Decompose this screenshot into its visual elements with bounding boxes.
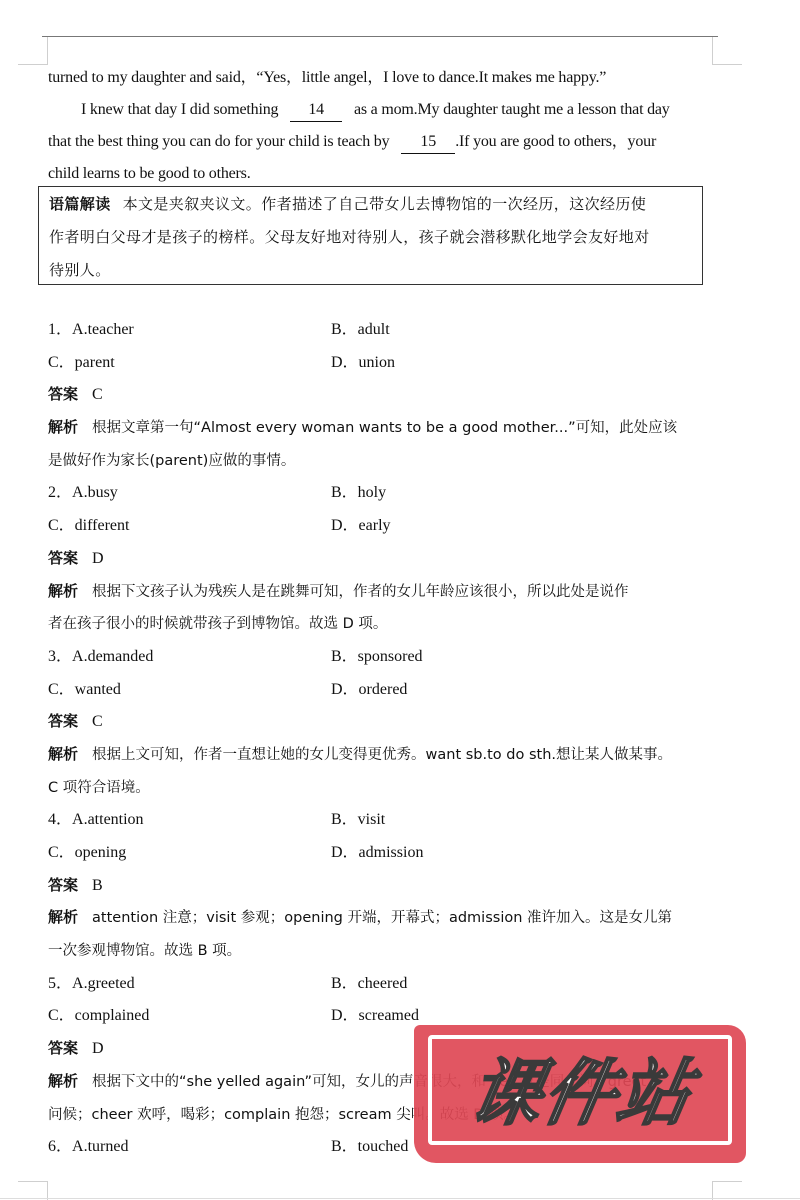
option-b: B．holy bbox=[331, 476, 386, 509]
header-rule bbox=[42, 36, 718, 37]
question-3: 3．A.demanded B．sponsored C．wanted D．orde… bbox=[48, 640, 728, 803]
analysis-row: 者在孩子很小的时候就带孩子到博物馆。故选 D 项。 bbox=[48, 607, 728, 640]
analysis-text: 问候；cheer 欢呼，喝彩；complain 抱怨；scream 尖叫。故选 … bbox=[48, 1107, 518, 1123]
page-bottom-edge bbox=[0, 1198, 800, 1199]
answer-value: B bbox=[92, 877, 103, 894]
question-6: 6．A.turned B．touched bbox=[48, 1130, 728, 1163]
option-a: 4．A.attention bbox=[48, 803, 144, 836]
analysis-text: C 项符合语境。 bbox=[48, 780, 150, 796]
passage-text: I knew that day I did something bbox=[81, 101, 278, 118]
passage-line: I knew that day I did something 14 as a … bbox=[48, 94, 716, 126]
passage-text: that the best thing you can do for your … bbox=[48, 133, 389, 150]
passage-line: that the best thing you can do for your … bbox=[48, 126, 716, 158]
option-a-text: A.greeted bbox=[72, 975, 135, 992]
question-number: 3． bbox=[48, 648, 72, 665]
passage-text: as a mom.My daughter taught me a lesson … bbox=[354, 101, 670, 118]
analysis-label: 解析 bbox=[48, 908, 78, 926]
option-a-text: A.attention bbox=[72, 811, 144, 828]
question-number: 6． bbox=[48, 1138, 72, 1155]
analysis-row: 解析根据文章第一句“Almost every woman wants to be… bbox=[48, 411, 728, 444]
reading-label: 语篇解读 bbox=[49, 195, 111, 213]
answer-value: C bbox=[92, 386, 103, 403]
option-a: 5．A.greeted bbox=[48, 967, 135, 1000]
option-a-text: A.turned bbox=[72, 1138, 128, 1155]
question-number: 1． bbox=[48, 321, 72, 338]
question-2: 2．A.busy B．holy C．different D．early 答案D … bbox=[48, 476, 728, 639]
answer-value: D bbox=[92, 1040, 104, 1057]
option-d: D．screamed bbox=[331, 999, 419, 1032]
analysis-row: 解析attention 注意；visit 参观；opening 开端，开幕式；a… bbox=[48, 901, 728, 934]
question-5: 5．A.greeted B．cheered C．complained D．scr… bbox=[48, 967, 728, 1130]
answer-label: 答案 bbox=[48, 712, 78, 730]
option-b: B．visit bbox=[331, 803, 385, 836]
answer-value: D bbox=[92, 550, 104, 567]
blank-15: 15 bbox=[401, 131, 455, 154]
option-c: C．parent bbox=[48, 346, 115, 379]
option-d: D．admission bbox=[331, 836, 423, 869]
blank-14: 14 bbox=[290, 99, 342, 122]
answer-row: 答案C bbox=[48, 378, 728, 411]
answer-value: C bbox=[92, 713, 103, 730]
analysis-text: 根据下文中的“she yelled again”可知，女儿的声音很大，和 yel… bbox=[92, 1074, 646, 1090]
option-b: B．adult bbox=[331, 313, 390, 346]
analysis-label: 解析 bbox=[48, 745, 78, 763]
analysis-text: 是做好作为家长(parent)应做的事情。 bbox=[48, 453, 295, 469]
question-number: 5． bbox=[48, 975, 72, 992]
reading-line: 待别人。 bbox=[49, 254, 692, 287]
corner-mark-top-left bbox=[18, 37, 48, 65]
analysis-text: 者在孩子很小的时候就带孩子到博物馆。故选 D 项。 bbox=[48, 616, 387, 632]
document-page: turned to my daughter and said，“Yes，litt… bbox=[0, 0, 800, 1200]
question-list: 1．A.teacher B．adult C．parent D．union 答案C… bbox=[48, 313, 728, 1163]
answer-label: 答案 bbox=[48, 385, 78, 403]
option-d: D．ordered bbox=[331, 673, 407, 706]
option-row: C．parent D．union bbox=[48, 346, 728, 379]
option-a: 1．A.teacher bbox=[48, 313, 134, 346]
analysis-label: 解析 bbox=[48, 582, 78, 600]
option-c: C．wanted bbox=[48, 673, 121, 706]
option-row: 6．A.turned B．touched bbox=[48, 1130, 728, 1163]
reading-line: 作者明白父母才是孩子的榜样。父母友好地对待别人，孩子就会潜移默化地学会友好地对 bbox=[49, 221, 692, 254]
option-row: C．complained D．screamed bbox=[48, 999, 728, 1032]
reading-line: 语篇解读本文是夹叙夹议文。作者描述了自己带女儿去博物馆的一次经历，这次经历使 bbox=[49, 188, 692, 221]
answer-row: 答案B bbox=[48, 869, 728, 902]
analysis-label: 解析 bbox=[48, 1072, 78, 1090]
option-c: C．opening bbox=[48, 836, 126, 869]
analysis-text: 根据文章第一句“Almost every woman wants to be a… bbox=[92, 420, 677, 436]
analysis-row: 解析根据下文孩子认为残疾人是在跳舞可知，作者的女儿年龄应该很小，所以此处是说作 bbox=[48, 575, 728, 608]
option-a-text: A.demanded bbox=[72, 648, 153, 665]
answer-row: 答案C bbox=[48, 705, 728, 738]
option-a: 2．A.busy bbox=[48, 476, 118, 509]
option-row: 1．A.teacher B．adult bbox=[48, 313, 728, 346]
option-a: 6．A.turned bbox=[48, 1130, 128, 1163]
option-b: B．sponsored bbox=[331, 640, 423, 673]
option-c: C．different bbox=[48, 509, 129, 542]
analysis-text: 一次参观博物馆。故选 B 项。 bbox=[48, 943, 241, 959]
reading-text: 本文是夹叙夹议文。作者描述了自己带女儿去博物馆的一次经历，这次经历使 bbox=[123, 195, 647, 213]
option-d: D．union bbox=[331, 346, 395, 379]
reading-interpretation-box: 语篇解读本文是夹叙夹议文。作者描述了自己带女儿去博物馆的一次经历，这次经历使 作… bbox=[38, 186, 703, 285]
question-1: 1．A.teacher B．adult C．parent D．union 答案C… bbox=[48, 313, 728, 476]
answer-label: 答案 bbox=[48, 549, 78, 567]
option-row: 4．A.attention B．visit bbox=[48, 803, 728, 836]
question-number: 4． bbox=[48, 811, 72, 828]
analysis-text: attention 注意；visit 参观；opening 开端，开幕式；adm… bbox=[92, 910, 672, 926]
question-number: 2． bbox=[48, 484, 72, 501]
answer-label: 答案 bbox=[48, 876, 78, 894]
option-row: 5．A.greeted B．cheered bbox=[48, 967, 728, 1000]
analysis-row: 一次参观博物馆。故选 B 项。 bbox=[48, 934, 728, 967]
passage-line: turned to my daughter and said，“Yes，litt… bbox=[48, 62, 716, 94]
option-c: C．complained bbox=[48, 999, 149, 1032]
answer-row: 答案D bbox=[48, 1032, 728, 1065]
option-a-text: A.teacher bbox=[72, 321, 134, 338]
option-a-text: A.busy bbox=[72, 484, 118, 501]
option-row: 2．A.busy B．holy bbox=[48, 476, 728, 509]
analysis-text: 根据下文孩子认为残疾人是在跳舞可知，作者的女儿年龄应该很小，所以此处是说作 bbox=[92, 584, 629, 600]
answer-label: 答案 bbox=[48, 1039, 78, 1057]
analysis-row: C 项符合语境。 bbox=[48, 771, 728, 804]
passage: turned to my daughter and said，“Yes，litt… bbox=[48, 62, 716, 190]
option-row: C．wanted D．ordered bbox=[48, 673, 728, 706]
passage-text: .If you are good to others，your bbox=[455, 133, 656, 150]
analysis-row: 是做好作为家长(parent)应做的事情。 bbox=[48, 444, 728, 477]
option-row: C．opening D．admission bbox=[48, 836, 728, 869]
option-a: 3．A.demanded bbox=[48, 640, 153, 673]
analysis-row: 解析根据下文中的“she yelled again”可知，女儿的声音很大，和 y… bbox=[48, 1065, 728, 1098]
analysis-label: 解析 bbox=[48, 418, 78, 436]
corner-mark-top-right bbox=[712, 37, 742, 65]
analysis-row: 问候；cheer 欢呼，喝彩；complain 抱怨；scream 尖叫。故选 … bbox=[48, 1098, 728, 1131]
analysis-text: 根据上文可知，作者一直想让她的女儿变得更优秀。want sb.to do sth… bbox=[92, 747, 672, 763]
analysis-row: 解析根据上文可知，作者一直想让她的女儿变得更优秀。want sb.to do s… bbox=[48, 738, 728, 771]
question-4: 4．A.attention B．visit C．opening D．admiss… bbox=[48, 803, 728, 966]
option-b: B．touched bbox=[331, 1130, 408, 1163]
option-b: B．cheered bbox=[331, 967, 407, 1000]
option-row: 3．A.demanded B．sponsored bbox=[48, 640, 728, 673]
option-row: C．different D．early bbox=[48, 509, 728, 542]
answer-row: 答案D bbox=[48, 542, 728, 575]
option-d: D．early bbox=[331, 509, 391, 542]
